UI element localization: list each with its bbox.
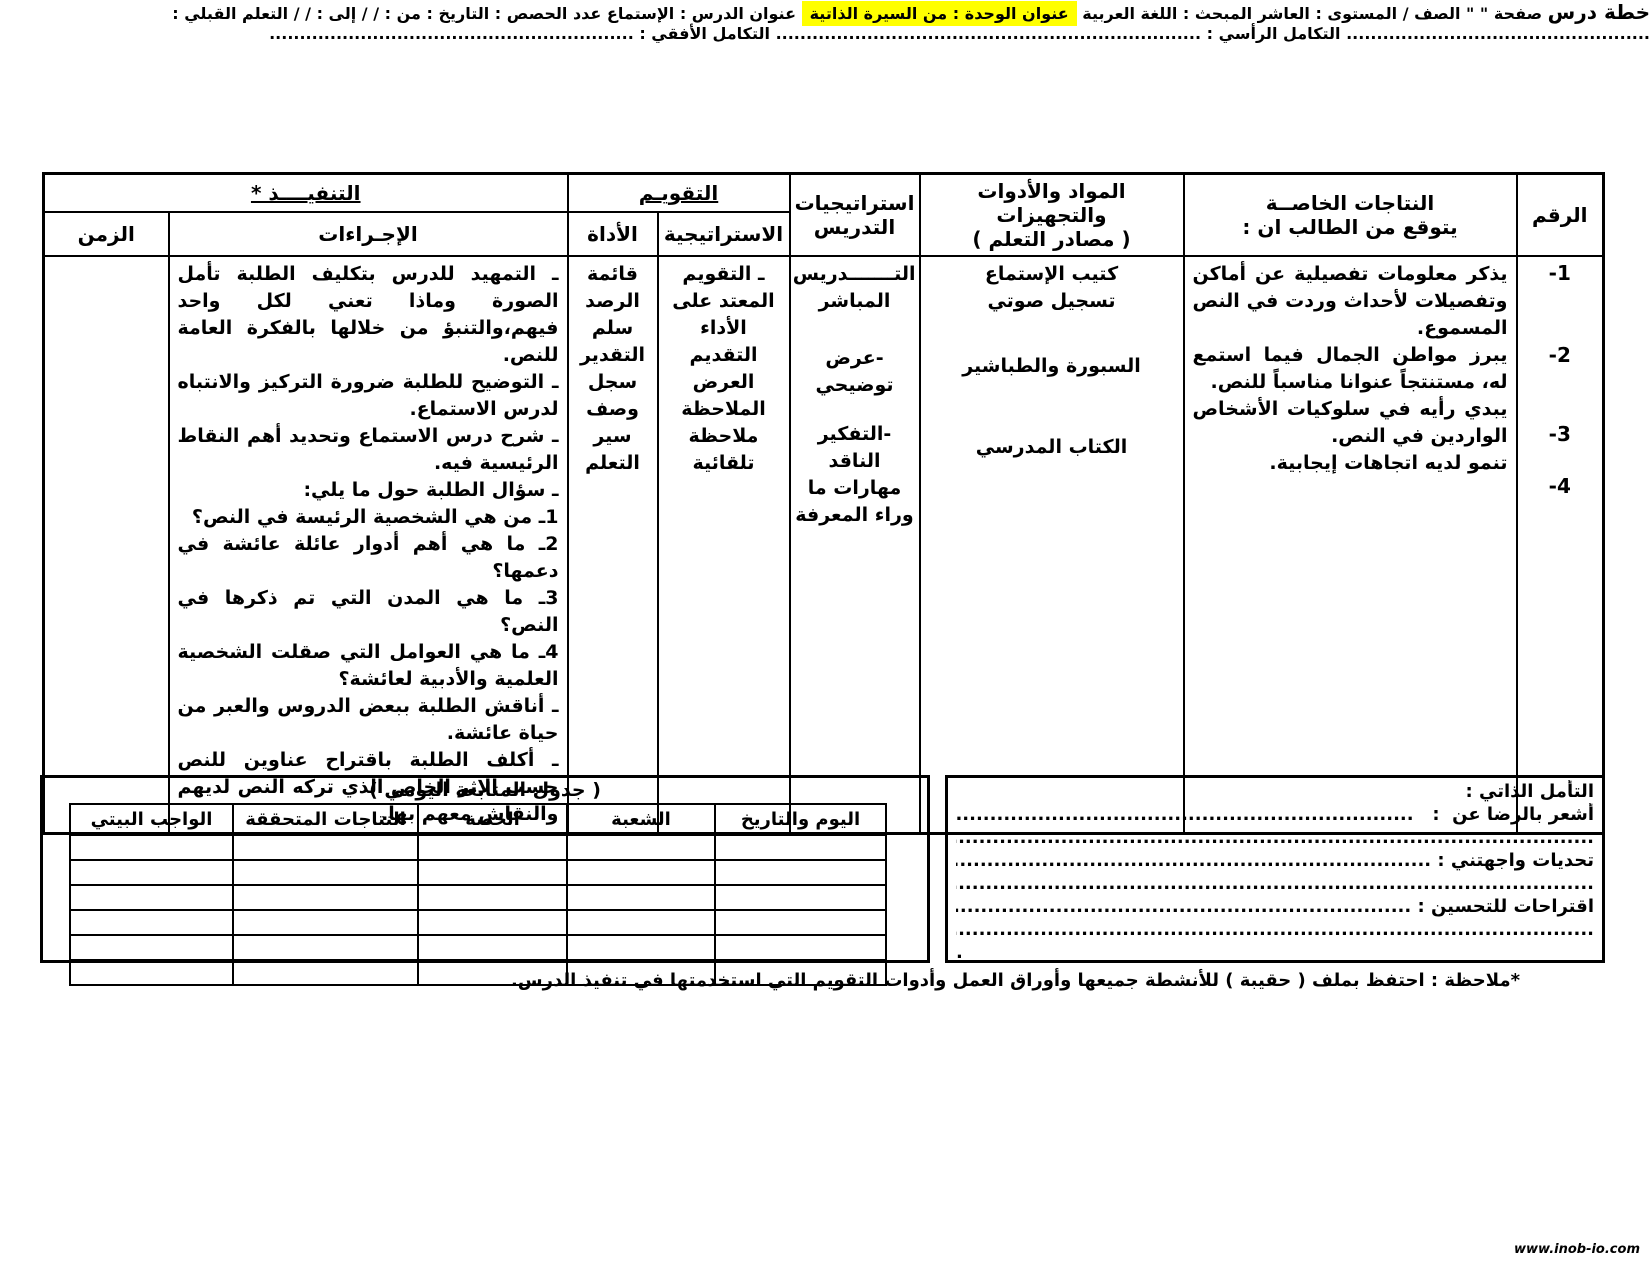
- daily-followup-box: ( جدول المتابعة اليومي ) اليوم والتاريخ …: [40, 775, 930, 963]
- outcome-item: يبدي رأيه في سلوكيات الأشخاص الواردين في…: [1193, 396, 1508, 450]
- evaluation-header-label: التقويـم: [639, 181, 719, 205]
- outcome-number: 1-: [1521, 261, 1600, 285]
- followup-row: [70, 935, 886, 960]
- periods-count-field: عدد الحصص :: [495, 4, 602, 23]
- teaching-strategies-cell: التـــــــدريس المباشر -عرض توضيحي -التف…: [790, 256, 920, 834]
- horizontal-integration-field: التكامل الأفقي : .......................…: [269, 24, 770, 43]
- procedure-step: 4ـ ما هي العوامل التي صقلت الشخصية العلم…: [178, 639, 559, 693]
- col-header-time: الزمن: [43, 212, 168, 256]
- col-header-teaching-strategies: استراتيجيات التدريس: [790, 174, 920, 257]
- followup-cell: [567, 910, 715, 935]
- eval-tool-item: سجل وصف سير التعلم: [572, 369, 654, 477]
- reflection-dotted-line: ........................................…: [956, 918, 1594, 941]
- followup-cell: [418, 860, 567, 885]
- vertical-integration-field: التكامل الرأسي : .......................…: [776, 24, 1341, 43]
- material-item: السبورة والطباشير: [924, 353, 1180, 380]
- subject-field: المبحث : اللغة العربية: [1082, 4, 1252, 23]
- procedure-step: ـ شرح درس الاستماع وتحديد أهم النقاط الر…: [178, 423, 559, 477]
- eval-strategy-item: التقديم العرض الملاحظة: [662, 342, 786, 423]
- procedure-step: ـ أناقش الطلبة ببعض الدروس والعبر من حيا…: [178, 693, 559, 747]
- procedure-step: ـ التوضيح للطلبة ضرورة التركيز والانتباه…: [178, 369, 559, 423]
- col-header-eval-tool: الأداة: [568, 212, 658, 256]
- page-header: خطة درس صفحة " " الصف / المستوى : العاشر…: [0, 0, 1650, 43]
- followup-cell: [70, 960, 233, 985]
- outcome-number: 2-: [1521, 343, 1600, 367]
- followup-cell: [233, 935, 418, 960]
- col-header-implementation: التنفيــــذ *: [43, 174, 567, 213]
- followup-col-period: الحصة: [418, 804, 567, 835]
- reflection-dotted-line: ........................................…: [956, 872, 1594, 895]
- followup-cell: [715, 910, 886, 935]
- outcome-number: 3-: [1521, 422, 1600, 446]
- self-reflection-title: التأمل الذاتي :: [956, 780, 1594, 803]
- materials-header-line1: المواد والأدوات والتجهيزات: [924, 179, 1180, 227]
- reflection-dotted-line: ........................................…: [956, 826, 1594, 849]
- grade-level-field: الصف / المستوى : العاشر: [1258, 4, 1461, 23]
- lesson-title-field: عنوان الدرس : الإستماع: [607, 4, 796, 23]
- followup-cell: [70, 910, 233, 935]
- followup-row: [70, 910, 886, 935]
- daily-followup-title: ( جدول المتابعة اليومي ): [43, 778, 927, 803]
- followup-row: [70, 835, 886, 860]
- eval-strategy-cell: ـ التقويم المعتد على الأداء التقديم العر…: [658, 256, 790, 834]
- col-header-outcomes: النتاجات الخاصــة يتوقع من الطالب ان :: [1184, 174, 1517, 257]
- teaching-strategy-item: التـــــــدريس المباشر: [794, 261, 916, 315]
- time-cell: [43, 256, 168, 834]
- reflection-satisfaction-line: أشعر بالرضا عن : .......................…: [956, 803, 1594, 826]
- followup-cell: [70, 935, 233, 960]
- followup-cell: [418, 910, 567, 935]
- reflection-suggestions-line: اقتراحات للتحسين : .....................…: [956, 895, 1594, 918]
- page-number-label: صفحة " ": [1466, 4, 1542, 23]
- teaching-strategies-header-line2: التدريس: [794, 215, 916, 239]
- material-item: كتيب الإستماع: [924, 261, 1180, 288]
- followup-cell: [233, 910, 418, 935]
- eval-tool-cell: قائمة الرصد سلم التقدير سجل وصف سير التع…: [568, 256, 658, 834]
- followup-cell: [70, 860, 233, 885]
- followup-cell: [567, 860, 715, 885]
- followup-cell: [567, 835, 715, 860]
- materials-header-line2: ( مصادر التعلم ): [924, 227, 1180, 251]
- followup-col-achieved-outcomes: النتاجات المتحققة: [233, 804, 418, 835]
- number-cell: 1- 2- 3- 4-: [1517, 256, 1604, 834]
- followup-cell: [567, 935, 715, 960]
- procedures-cell: ـ التمهيد للدرس بتكليف الطلبة تأمل الصور…: [169, 256, 568, 834]
- reflection-period: .: [956, 941, 1594, 963]
- material-item: تسجيل صوتي: [924, 288, 1180, 315]
- lesson-plan-table: الرقم النتاجات الخاصــة يتوقع من الطالب …: [42, 172, 1605, 835]
- followup-cell: [715, 860, 886, 885]
- procedure-step: ـ التمهيد للدرس بتكليف الطلبة تأمل الصور…: [178, 261, 559, 369]
- col-header-procedures: الإجـراءات: [169, 212, 568, 256]
- lesson-plan-page: خطة درس صفحة " " الصف / المستوى : العاشر…: [0, 0, 1650, 1275]
- procedure-step: 3ـ ما هي المدن التي تم ذكرها في النص؟: [178, 585, 559, 639]
- outcome-item: يذكر معلومات تفصيلية عن أماكن وتفصيلات ل…: [1193, 261, 1508, 342]
- outcomes-header-line1: النتاجات الخاصــة: [1188, 191, 1513, 215]
- outcome-number: 4-: [1521, 474, 1600, 498]
- followup-cell: [233, 960, 418, 985]
- followup-cell: [418, 935, 567, 960]
- col-header-evaluation: التقويـم: [568, 174, 790, 213]
- followup-row: [70, 860, 886, 885]
- followup-cell: [233, 835, 418, 860]
- followup-cell: [715, 885, 886, 910]
- date-field: التاريخ : من : / / إلى : / /: [294, 4, 489, 23]
- followup-cell: [70, 885, 233, 910]
- followup-cell: [715, 935, 886, 960]
- eval-tool-item: قائمة الرصد: [572, 261, 654, 315]
- followup-col-homework: الواجب البيتي: [70, 804, 233, 835]
- col-header-number: الرقم: [1517, 174, 1604, 257]
- outcome-item: تنمو لديه اتجاهات إيجابية.: [1193, 450, 1508, 477]
- followup-col-section: الشعبة: [567, 804, 715, 835]
- outcome-item: يبرز مواطن الجمال فيما استمع له، مستنتجا…: [1193, 342, 1508, 396]
- followup-cell: [233, 860, 418, 885]
- eval-strategy-item: ملاحظة تلقائية: [662, 423, 786, 477]
- watermark: www.inob-io.com: [1514, 1242, 1640, 1257]
- procedure-step: 1ـ من هي الشخصية الرئيسة في النص؟: [178, 504, 559, 531]
- daily-followup-table: اليوم والتاريخ الشعبة الحصة النتاجات الم…: [69, 803, 887, 986]
- eval-strategy-item: ـ التقويم المعتد على الأداء: [662, 261, 786, 342]
- followup-col-day-date: اليوم والتاريخ: [715, 804, 886, 835]
- eval-tool-item: سلم التقدير: [572, 315, 654, 369]
- procedure-step: ـ سؤال الطلبة حول ما يلي:: [178, 477, 559, 504]
- outcomes-cell: يذكر معلومات تفصيلية عن أماكن وتفصيلات ل…: [1184, 256, 1517, 834]
- followup-cell: [233, 885, 418, 910]
- materials-cell: كتيب الإستماع تسجيل صوتي السبورة والطباش…: [920, 256, 1184, 834]
- followup-cell: [418, 885, 567, 910]
- table-row: 1- 2- 3- 4- يذكر معلومات تفصيلية عن أماك…: [43, 256, 1603, 834]
- self-reflection-box: التأمل الذاتي : أشعر بالرضا عن : .......…: [945, 775, 1605, 963]
- implementation-header-label: التنفيــــذ *: [251, 181, 361, 205]
- followup-cell: [418, 835, 567, 860]
- teaching-strategies-header-line1: استراتيجيات: [794, 191, 916, 215]
- teaching-strategy-item: -التفكير الناقد مهارات ما وراء المعرفة: [794, 421, 916, 529]
- followup-cell: [567, 885, 715, 910]
- followup-row: [70, 885, 886, 910]
- followup-cell: [715, 835, 886, 860]
- reflection-challenges-line: تحديات واجهتني : .......................…: [956, 849, 1594, 872]
- material-item: الكتاب المدرسي: [924, 434, 1180, 461]
- footer-note: *ملاحظة : احتفظ بملف ( حقيبة ) للأنشطة ج…: [511, 970, 1520, 991]
- unit-title-field: عنوان الوحدة : من السيرة الذاتية: [802, 1, 1077, 26]
- outcomes-header-line2: يتوقع من الطالب ان :: [1188, 215, 1513, 239]
- procedure-step: 2ـ ما هي أهم أدوار عائلة عائشة في دعمها؟: [178, 531, 559, 585]
- col-header-eval-strategy: الاستراتيجية: [658, 212, 790, 256]
- doc-title: خطة درس: [1548, 0, 1650, 24]
- teaching-strategy-item: -عرض توضيحي: [794, 345, 916, 399]
- col-header-materials: المواد والأدوات والتجهيزات ( مصادر التعل…: [920, 174, 1184, 257]
- followup-cell: [70, 835, 233, 860]
